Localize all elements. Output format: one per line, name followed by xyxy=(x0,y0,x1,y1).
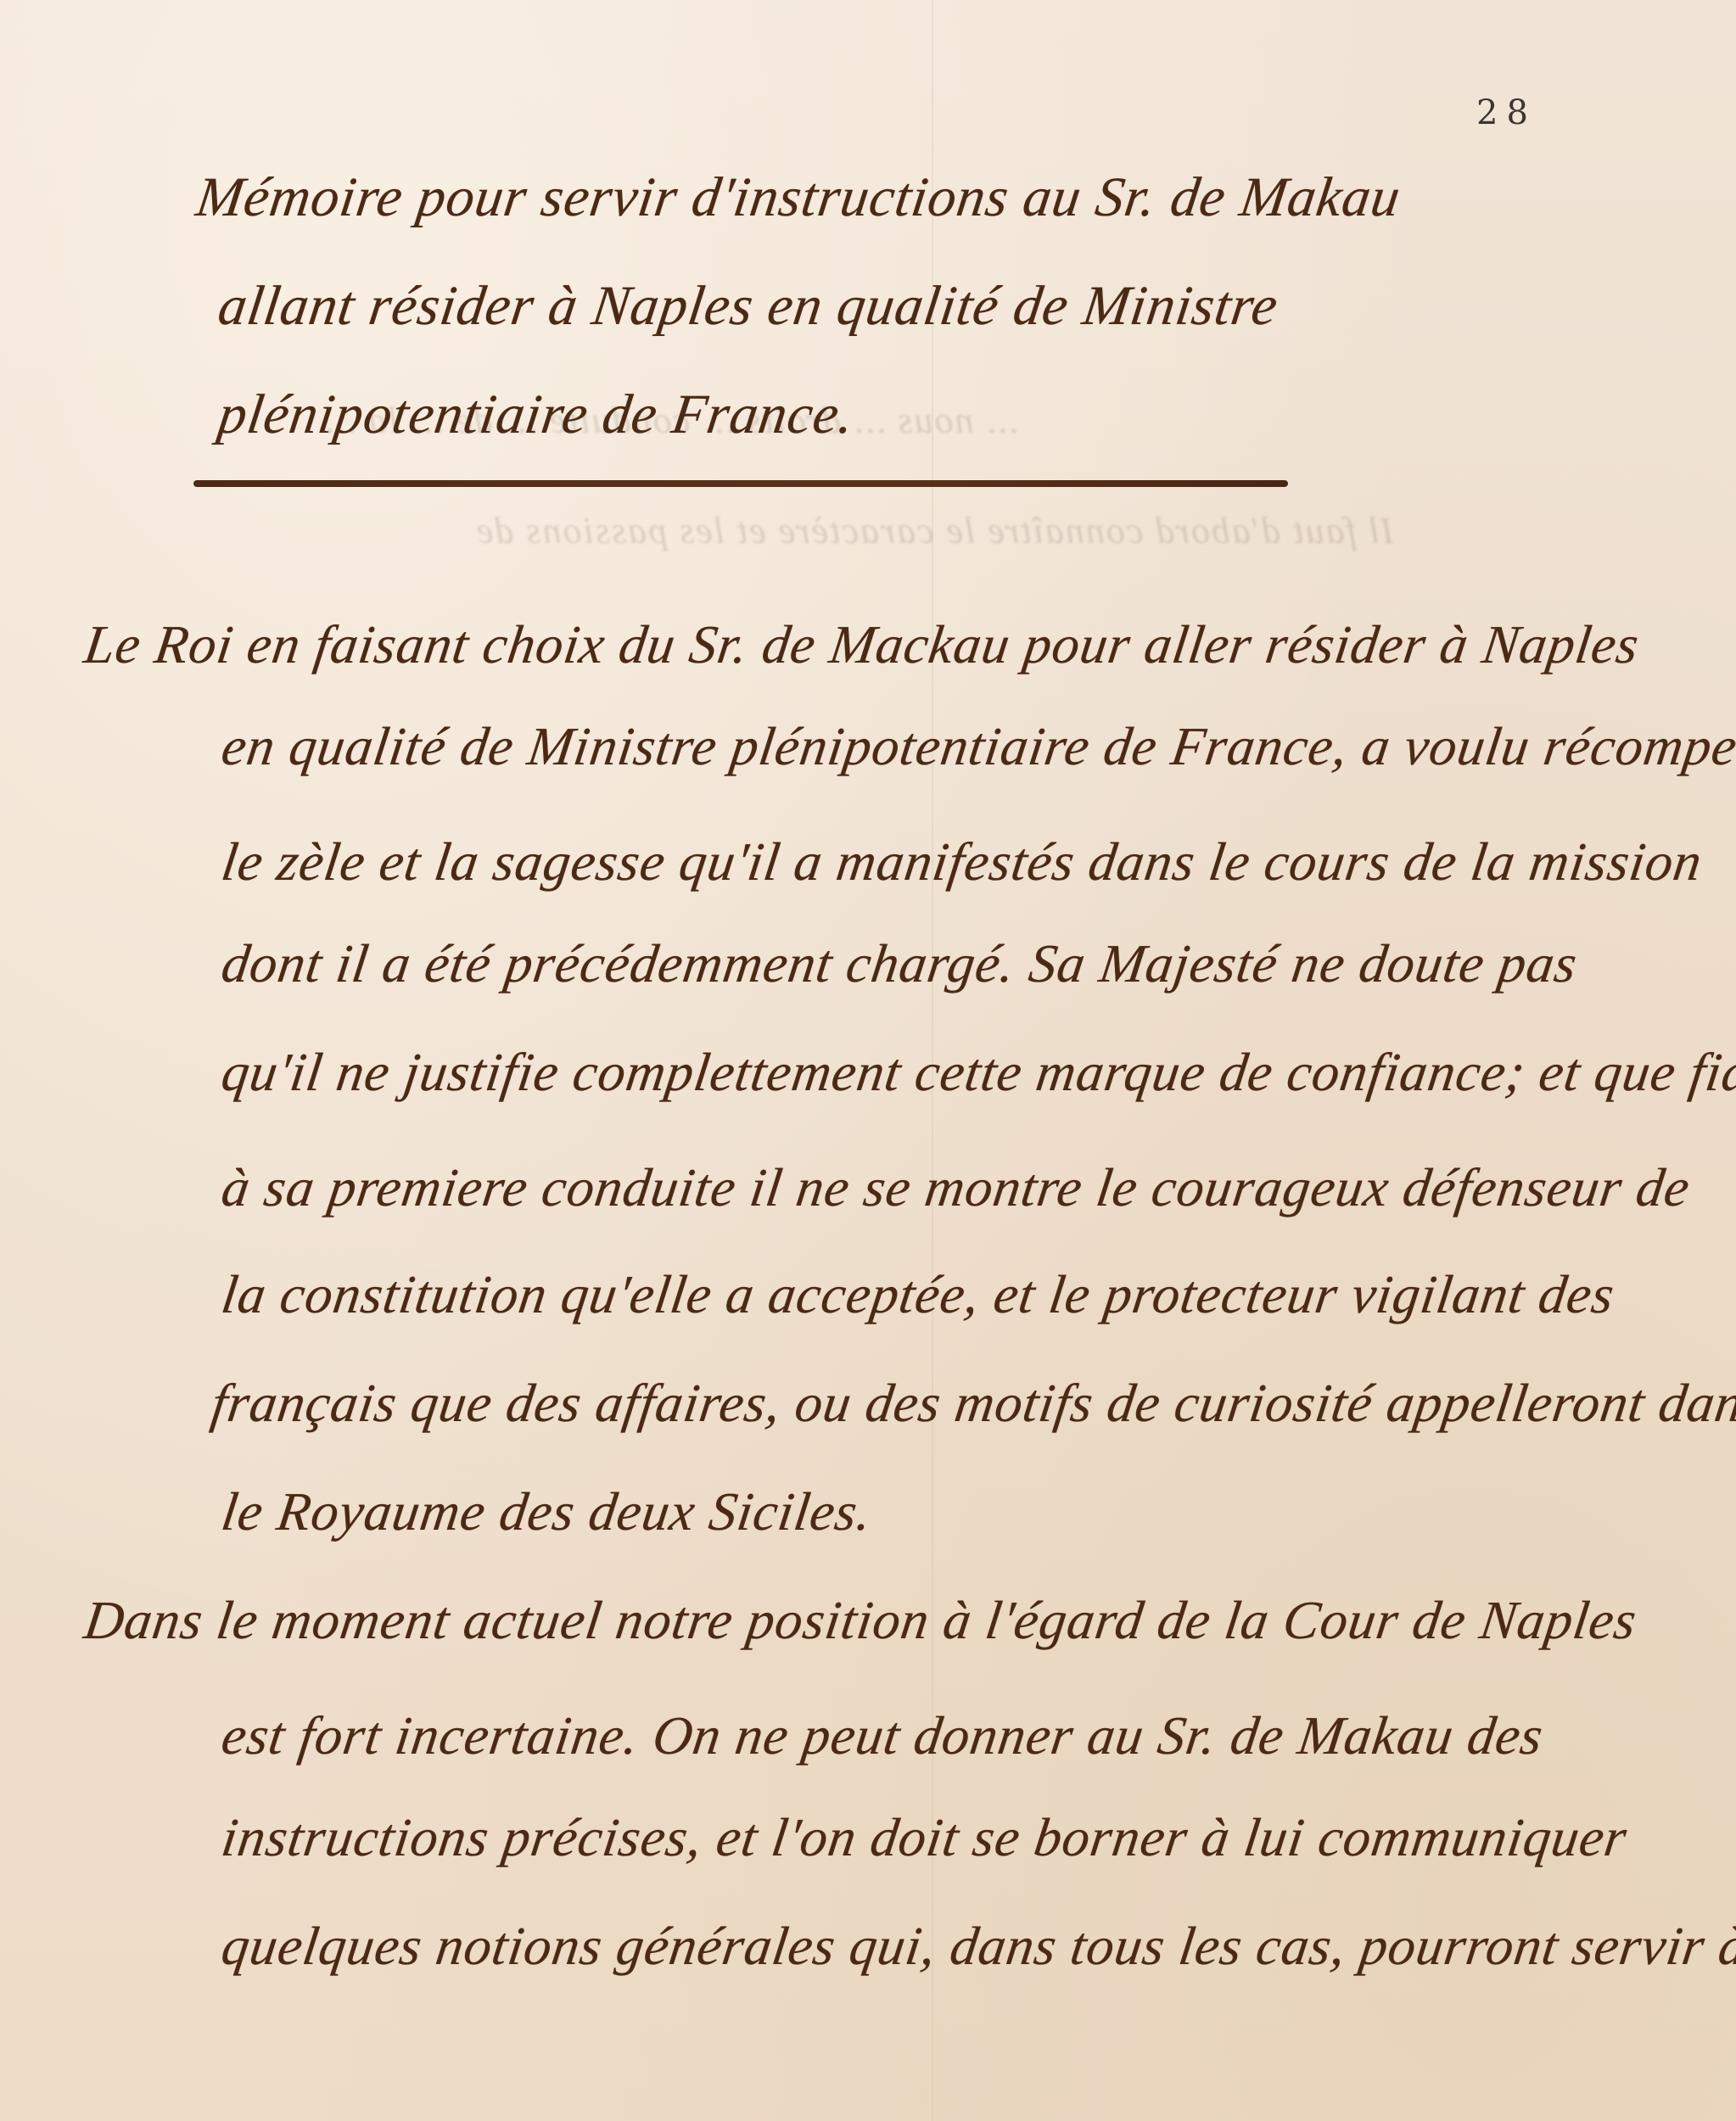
bleed-through-text: Il faut d'abord connaître le caractère e… xyxy=(475,509,1394,552)
page-number: 28 xyxy=(1476,93,1537,132)
title-line: Mémoire pour servir d'instructions au Sr… xyxy=(193,170,1403,226)
body-line: la constitution qu'elle a acceptée, et l… xyxy=(219,1268,1618,1322)
body-line: est fort incertaine. On ne peut donner a… xyxy=(219,1709,1547,1763)
body-line: dont il a été précédemment chargé. Sa Ma… xyxy=(219,937,1582,991)
body-line: Dans le moment actuel notre position à l… xyxy=(81,1593,1641,1648)
body-line: Le Roi en faisant choix du Sr. de Mackau… xyxy=(81,618,1643,672)
manuscript-page: ... nous ... droits ... conduite ... de … xyxy=(0,0,1736,2121)
body-line: instructions précises, et l'on doit se b… xyxy=(219,1810,1631,1865)
body-line: quelques notions générales qui, dans tou… xyxy=(219,1919,1736,1973)
body-line: français que des affaires, ou des motifs… xyxy=(209,1376,1736,1430)
body-line: le Royaume des deux Siciles. xyxy=(219,1485,876,1539)
title-underline-rule xyxy=(193,480,1288,487)
body-line: le zèle et la sagesse qu'il a manifestés… xyxy=(219,835,1706,889)
body-line: en qualité de Ministre plénipotentiaire … xyxy=(219,719,1736,774)
body-line: à sa premiere conduite il ne se montre l… xyxy=(219,1161,1694,1215)
body-line: qu'il ne justifie complettement cette ma… xyxy=(219,1045,1736,1100)
title-line: plénipotentiaire de France. xyxy=(215,387,858,443)
title-line: allant résider à Naples en qualité de Mi… xyxy=(215,278,1281,334)
